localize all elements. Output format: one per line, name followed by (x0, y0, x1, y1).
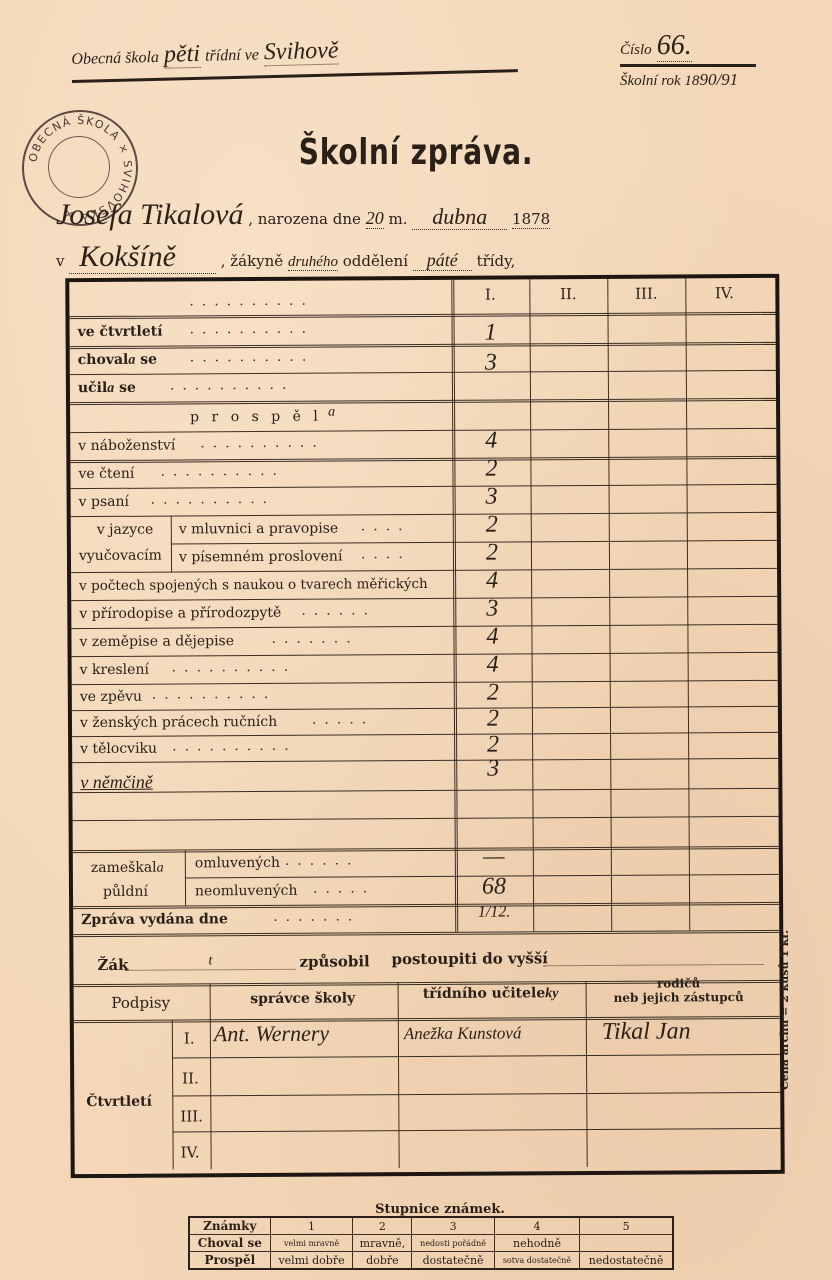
excused-value: — (459, 843, 529, 870)
class-handwritten: páté (413, 250, 472, 271)
grade-scale-behaviour-row: Choval se velmi mravně mravně, nedosti p… (189, 1235, 673, 1252)
school-name-line: Obecná škola pěti třídní ve Svihově (71, 33, 518, 83)
signature-row: I. Ant. Wernery Anežka Kunstová Tikal Ja… (172, 1016, 780, 1059)
quarter-label: IV. (181, 1143, 200, 1161)
grade-scale-header-row: Známky 1 2 3 4 5 (189, 1217, 673, 1235)
grade-scale-title: Stupnice známek. (180, 1202, 700, 1217)
subject-label-handwritten: v němčině (80, 772, 153, 793)
signature-row: III. (172, 1092, 780, 1133)
school-year-label: Školní rok 18 (620, 73, 699, 89)
signature-row: II. (172, 1054, 780, 1097)
absence-label-1: zameškala (91, 860, 164, 877)
school-prefix: Obecná škola (71, 49, 159, 68)
subject-label: v tělocviku (80, 741, 157, 757)
teacher-signature: Anežka Kunstová (404, 1023, 522, 1044)
grade-value: 2 (458, 679, 528, 706)
parents-column-header: rodičůneb jejich zástupců (586, 976, 772, 1005)
page-title: Školní zpráva. (92, 132, 741, 173)
in-label: v (56, 252, 64, 270)
born-day-handwritten: 20 (366, 208, 384, 229)
subject-label: ve zpěvu (80, 689, 142, 705)
grade-scale-progress-row: Prospěl velmi dobře dobře dostatečně sot… (189, 1252, 673, 1270)
director-signature: Ant. Wernery (214, 1021, 329, 1048)
advance-blank (543, 964, 763, 966)
issued-label: Zpráva vydána dne (81, 911, 228, 928)
born-month-handwritten: dubna (412, 204, 507, 230)
school-mid-text: třídní ve (205, 46, 259, 64)
signatures-label: Podpisy (74, 993, 208, 1012)
subject-label: v kreslení (80, 662, 149, 678)
quarter-header-1: I. (455, 285, 525, 303)
born-place-handwritten: Kokšíně (69, 240, 216, 274)
number-value-handwritten: 66. (657, 30, 692, 62)
report-table: .......... I. II. III. IV. ve čtvrtletí … (65, 274, 784, 1178)
advance-handwritten: t (125, 953, 295, 971)
excused-label: omluvených (195, 855, 280, 872)
subject-label: v písemném proslovení (179, 549, 343, 566)
quarter-header-4: IV. (689, 284, 759, 302)
school-classes-handwritten: pěti (164, 41, 201, 69)
subject-label: v náboženství (78, 438, 175, 455)
quarters-label: Čtvrtletí (86, 1094, 152, 1110)
subject-label: v psaní (79, 494, 129, 510)
class-label: třídy, (477, 252, 516, 270)
grade-value: 4 (457, 567, 527, 594)
born-year: 1878 (512, 210, 550, 229)
unexcused-label: neomluvených (195, 883, 298, 900)
quarter-label: I. (184, 1029, 195, 1047)
division-label: oddělení (343, 252, 408, 270)
language-group-label-2: vyučovacím (79, 548, 162, 565)
grade-value: 2 (458, 705, 528, 732)
grade-value: 2 (457, 539, 527, 566)
unexcused-value: 68 (459, 873, 529, 900)
division-handwritten: druhého (288, 254, 338, 271)
grade-value: 2 (456, 455, 526, 482)
grade-value: 4 (456, 427, 526, 454)
grade-scale-table: Známky 1 2 3 4 5 Choval se velmi mravně … (188, 1216, 674, 1270)
grade-value: 3 (458, 755, 528, 782)
parent-signature: Tikal Jan (602, 1018, 691, 1046)
language-group-label-1: v jazyce (97, 522, 154, 538)
month-label: m. (388, 210, 407, 228)
pupil-name-handwritten: Josefa Tikalová (56, 198, 243, 231)
quarter-label: II. (182, 1069, 199, 1087)
subject-label: v mluvnici a pravopise (179, 521, 338, 538)
grade-value: 4 (458, 651, 528, 678)
teacher-column-header: třídního učiteleky (398, 985, 584, 1003)
grade-value: 4 (457, 623, 527, 650)
subject-label: v počtech spojených s naukou o tvarech m… (79, 576, 428, 594)
progress-heading: p r o s p ě l (190, 409, 322, 426)
advance-label-3: postoupiti do vyšší (391, 949, 548, 968)
subject-label: ve čtení (78, 466, 134, 482)
issued-value: 1/12. (459, 903, 529, 921)
pupil-label: , žákyně (221, 252, 283, 270)
grade-value: 3 (457, 595, 527, 622)
director-column-header: správce školy (210, 990, 396, 1007)
document-number: Číslo 66. (620, 30, 756, 67)
school-year-handwritten: 90/91 (699, 70, 738, 89)
row-label-conduct: chovala se (78, 352, 157, 369)
subject-label: v ženských prácech ručních (80, 714, 277, 731)
price-note: Cena archu = 2 kusů 1 kr. (778, 920, 794, 1090)
quarter-label: III. (180, 1107, 203, 1125)
advance-label-1: Žák (97, 956, 128, 974)
pupil-line-1: Josefa Tikalová , narozena dne 20 m. dub… (56, 198, 776, 238)
advance-label-2: způsobil (299, 952, 369, 970)
number-label: Číslo (620, 42, 652, 58)
born-label: , narozena dne (248, 210, 361, 228)
grade-value: 2 (457, 511, 527, 538)
school-year: Školní rok 1890/91 (620, 70, 738, 90)
school-place-handwritten: Svihově (264, 37, 339, 66)
quarter-header-2: II. (533, 285, 603, 303)
subject-label: v přírodopise a přírodozpytě (79, 605, 281, 622)
row-label-learned: učila se (78, 380, 136, 397)
subject-label: v zeměpise a dějepise (79, 633, 234, 650)
grade-value: 3 (457, 483, 527, 510)
quarter-header-3: III. (611, 284, 681, 302)
row-label-quarter: ve čtvrtletí (78, 324, 163, 341)
progress-suffix-handwritten: a (328, 405, 335, 421)
